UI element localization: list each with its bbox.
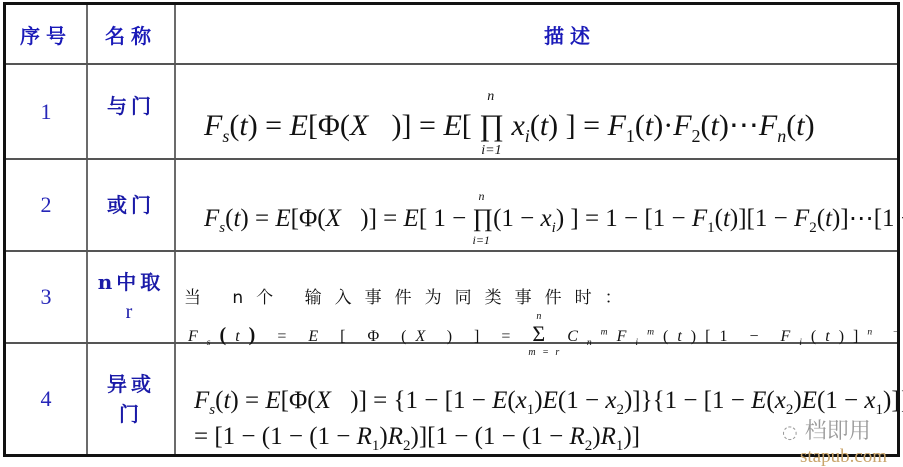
row-3-name: n中取 r (88, 252, 174, 342)
header-name: 名称 (88, 5, 174, 63)
header-index: 序号 (6, 5, 86, 63)
row-3-index: 3 (6, 252, 86, 342)
row-3-name-line2: r (126, 297, 137, 327)
header-description: 描述 (176, 5, 897, 63)
row-4-name-line2: 门 (119, 399, 143, 429)
wechat-watermark: ◌ 档即用 (782, 414, 871, 445)
xor-gate-formula-line2: = [1 − (1 − (1 − R1)R2)][1 − (1 − (1 − R… (194, 423, 640, 455)
row-4-index: 4 (6, 344, 86, 454)
kofn-description: 当 n个 输入事件为同类事件时： (184, 283, 635, 308)
row-4-name-line1: 异或 (107, 369, 155, 399)
row-4-name: 异或 门 (88, 344, 174, 454)
or-gate-formula: Fs(t) = E[Φ(X⃗)] = E[ 1 − ∏ni=1(1 − xi) … (204, 203, 903, 237)
kofn-gate-formula: Fs(t) = E [ Φ (X⃗) ] = Σnm = r CnmFim(t)… (188, 321, 903, 348)
row-3-name-line1: n中取 (98, 267, 165, 297)
gate-table: 序号 名称 描述 1 与门 Fs(t) = E[Φ(X⃗)] = E[ ∏ni=… (3, 2, 900, 457)
and-gate-formula: Fs(t) = E[Φ(X⃗)] = E[ ∏ni=1 xi(t) ] = F1… (204, 108, 815, 147)
row-1-index: 1 (6, 65, 86, 158)
row-2-name: 或门 (88, 160, 174, 250)
site-watermark: stapub.com (800, 446, 887, 467)
row-2-index: 2 (6, 160, 86, 250)
wechat-label: 档即用 (805, 419, 871, 444)
row-1-name: 与门 (88, 65, 174, 158)
wechat-icon: ◌ (782, 422, 798, 443)
column-divider (174, 5, 176, 454)
